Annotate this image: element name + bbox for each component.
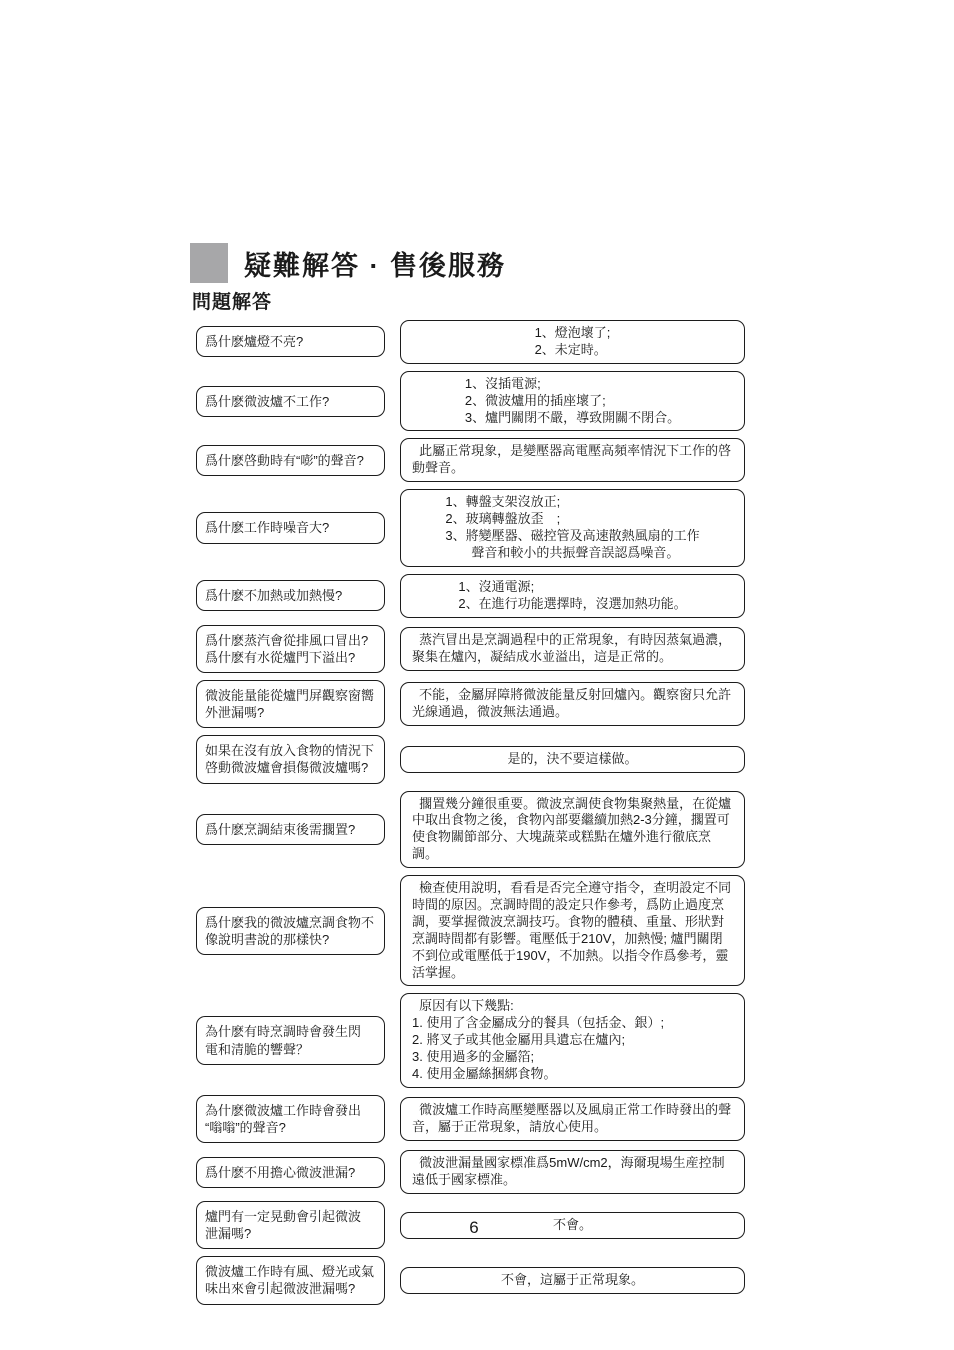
subsection-title: 問題解答: [192, 287, 272, 314]
answer-box: 此屬正常現象，是變壓器高電壓高頻率情況下工作的啓動聲音。: [400, 438, 745, 482]
qa-row: 爲什麽烹調結束後需擱置? 擱置幾分鐘很重要。微波烹調使食物集聚熱量，在從爐中取出…: [196, 791, 752, 869]
question-box: 爲什麽啓動時有“嘭”的聲音?: [196, 445, 385, 476]
qa-row: 爲什麽不加熱或加熱慢? 1、沒通電源; 2、在進行功能選擇時，沒選加熱功能。: [196, 574, 752, 618]
section-title: 疑難解答 · 售後服務: [244, 244, 506, 283]
question-box: 為什麽微波爐工作時會發出 “嗡嗡”的聲音?: [196, 1095, 385, 1143]
qa-row: 如果在沒有放入食物的情況下 啓動微波爐會損傷微波爐嗎? 是的，決不要這樣做。: [196, 735, 752, 783]
qa-row: 爲什麽我的微波爐烹調食物不 像說明書說的那樣快? 檢查使用說明，看看是否完全遵守…: [196, 875, 752, 986]
manual-page: 疑難解答 · 售後服務 問題解答 爲什麽爐燈不亮? 1、燈泡壞了; 2、未定時。…: [0, 0, 954, 1350]
question-box: 如果在沒有放入食物的情況下 啓動微波爐會損傷微波爐嗎?: [196, 735, 385, 783]
question-box: 微波爐工作時有風、燈光或氣 味出來會引起微波泄漏嗎?: [196, 1256, 385, 1304]
answer-box: 1、燈泡壞了; 2、未定時。: [400, 320, 745, 364]
qa-row: 微波爐工作時有風、燈光或氣 味出來會引起微波泄漏嗎? 不會，這屬于正常現象。: [196, 1256, 752, 1304]
qa-row: 爲什麽蒸汽會從排風口冒出? 爲什麽有水從爐門下溢出? 蒸汽冒出是烹調過程中的正常…: [196, 625, 752, 673]
answer-box: 微波泄漏量國家標准爲5mW/cm2，海爾現場生産控制遠低于國家標准。: [400, 1150, 745, 1194]
answer-list: 1、轉盤支架沒放正; 2、玻璃轉盤放歪 ; 3、將變壓器、磁控管及高速散熱風扇的…: [445, 494, 699, 562]
answer-box: 微波爐工作時高壓變壓器以及風扇正常工作時發出的聲音，屬于正常現象，請放心使用。: [400, 1097, 745, 1141]
qa-row: 為什麽有時烹調時會發生閃 電和清脆的響聲？ 原因有以下幾點: 1. 使用了含金屬…: [196, 993, 752, 1087]
answer-box: 1、轉盤支架沒放正; 2、玻璃轉盤放歪 ; 3、將變壓器、磁控管及高速散熱風扇的…: [400, 489, 745, 567]
answer-box: 是的，決不要這樣做。: [400, 746, 745, 773]
question-box: 爲什麽我的微波爐烹調食物不 像說明書說的那樣快?: [196, 907, 385, 955]
qa-row: 為什麽微波爐工作時會發出 “嗡嗡”的聲音? 微波爐工作時高壓變壓器以及風扇正常工…: [196, 1095, 752, 1143]
question-box: 爲什麽微波爐不工作?: [196, 386, 385, 417]
qa-row: 爲什麽工作時噪音大? 1、轉盤支架沒放正; 2、玻璃轉盤放歪 ; 3、將變壓器、…: [196, 489, 752, 567]
answer-box: 蒸汽冒出是烹調過程中的正常現象，有時因蒸氣過濃，聚集在爐內，凝結成水並溢出，這是…: [400, 627, 745, 671]
question-box: 爲什麽不加熱或加熱慢?: [196, 580, 385, 611]
answer-box: 擱置幾分鐘很重要。微波烹調使食物集聚熱量，在從爐中取出食物之後，食物內部要繼續加…: [400, 791, 745, 869]
answer-box: 不會，這屬于正常現象。: [400, 1267, 745, 1294]
qa-row: 爲什麽不用擔心微波泄漏? 微波泄漏量國家標准爲5mW/cm2，海爾現場生産控制遠…: [196, 1150, 752, 1194]
answer-list: 1、燈泡壞了; 2、未定時。: [535, 325, 611, 359]
answer-box: 檢查使用說明，看看是否完全遵守指令，查明設定不同時間的原因。烹調時間的設定只作參…: [400, 875, 745, 986]
qa-row: 爲什麽微波爐不工作? 1、沒插電源; 2、微波爐用的插座壞了; 3、爐門關閉不嚴…: [196, 371, 752, 432]
question-box: 爲什麽烹調結束後需擱置?: [196, 814, 385, 845]
answer-list: 1、沒通電源; 2、在進行功能選擇時，沒選加熱功能。: [458, 579, 686, 613]
qa-row: 爲什麽啓動時有“嘭”的聲音? 此屬正常現象，是變壓器高電壓高頻率情況下工作的啓動…: [196, 438, 752, 482]
question-box: 爲什麽爐燈不亮?: [196, 326, 385, 357]
question-box: 微波能量能從爐門屏觀察窗嚮 外泄漏嗎?: [196, 680, 385, 728]
question-box: 爲什麽蒸汽會從排風口冒出? 爲什麽有水從爐門下溢出?: [196, 625, 385, 673]
question-box: 為什麽有時烹調時會發生閃 電和清脆的響聲？: [196, 1016, 385, 1064]
page-number: 6: [196, 1218, 752, 1238]
answer-box: 1、沒通電源; 2、在進行功能選擇時，沒選加熱功能。: [400, 574, 745, 618]
section-header: 疑難解答 · 售後服務: [190, 243, 506, 283]
qa-row: 微波能量能從爐門屏觀察窗嚮 外泄漏嗎? 不能，金屬屏障將微波能量反射回爐內。觀察…: [196, 680, 752, 728]
question-box: 爲什麽工作時噪音大?: [196, 512, 385, 543]
answer-list: 1、沒插電源; 2、微波爐用的插座壞了; 3、爐門關閉不嚴，導致開關不閉合。: [465, 376, 680, 427]
qa-table: 爲什麽爐燈不亮? 1、燈泡壞了; 2、未定時。 爲什麽微波爐不工作? 1、沒插電…: [196, 320, 752, 1305]
answer-box: 1、沒插電源; 2、微波爐用的插座壞了; 3、爐門關閉不嚴，導致開關不閉合。: [400, 371, 745, 432]
question-box: 爲什麽不用擔心微波泄漏?: [196, 1157, 385, 1188]
section-marker-square: [190, 243, 228, 283]
answer-box: 原因有以下幾點: 1. 使用了含金屬成分的餐具（包括金、銀）; 2. 將叉子或其…: [400, 993, 745, 1087]
qa-row: 爲什麽爐燈不亮? 1、燈泡壞了; 2、未定時。: [196, 320, 752, 364]
answer-box: 不能，金屬屏障將微波能量反射回爐內。觀察窗只允許光線通過，微波無法通過。: [400, 682, 745, 726]
